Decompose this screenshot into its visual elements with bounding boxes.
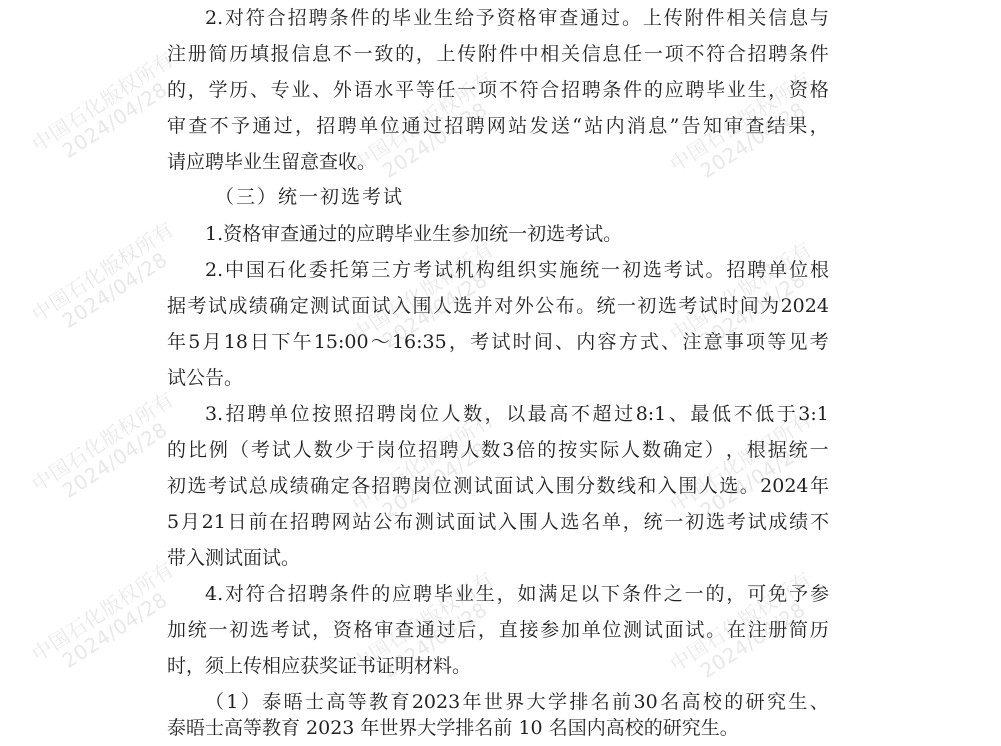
exam-item-3-line-5: 带入测试面试。 (167, 546, 300, 570)
watermark: 中国石化版权所有2024/04/28 (28, 218, 190, 344)
exam-item-3-line-1: 3.招聘单位按照招聘岗位人数，以最高不超过8:1、最低不低于3:1 (205, 402, 829, 426)
watermark: 中国石化版权所有2024/04/28 (28, 48, 190, 174)
exam-item-4-line-1: 4.对符合招聘条件的应聘毕业生，如满足以下条件之一的，可免予参 (205, 582, 829, 606)
exam-item-3-line-4: 5月21日前在招聘网站公布测试面试入围人选名单，统一初选考试成绩不 (167, 510, 829, 534)
exam-item-3-line-3: 初选考试总成绩确定各招聘岗位测试面试入围分数线和入围人选。2024年 (167, 474, 829, 498)
paragraph-2-line-5: 请应聘毕业生留意查收。 (167, 150, 376, 174)
watermark: 中国石化版权所有2024/04/28 (28, 388, 190, 514)
paragraph-2-line-2: 注册简历填报信息不一致的，上传附件中相关信息任一项不符合招聘条件 (167, 42, 829, 66)
document-page: 2.对符合招聘条件的毕业生给予资格审查通过。上传附件相关信息与 注册简历填报信息… (0, 0, 1001, 746)
paragraph-2-line-4: 审查不予通过，招聘单位通过招聘网站发送“站内消息”告知审查结果， (167, 114, 829, 138)
exam-item-3-line-2: 的比例（考试人数少于岗位招聘人数3倍的按实际人数确定），根据统一 (167, 438, 829, 462)
watermark: 中国石化版权所有2024/04/28 (28, 558, 190, 684)
exam-item-2-line-2: 据考试成绩确定测试面试入围人选并对外公布。统一初选考试时间为2024 (167, 294, 829, 318)
exam-item-2-line-3: 年5月18日下午15:00～16:35，考试时间、内容方式、注意事项等见考 (167, 330, 829, 354)
paragraph-2-line-3: 的，学历、专业、外语水平等任一项不符合招聘条件的应聘毕业生，资格 (167, 78, 829, 102)
exemption-item-1-line-1: （1）泰晤士高等教育2023年世界大学排名前30名高校的研究生、 (205, 690, 829, 714)
exam-item-4-line-3: 时，须上传相应获奖证书证明材料。 (167, 654, 471, 678)
exam-item-4-line-2: 加统一初选考试，资格审查通过后，直接参加单位测试面试。在注册简历 (167, 618, 829, 642)
watermark: 中国石化版权所有2024/04/28 (28, 0, 190, 6)
exam-item-2-line-4: 试公告。 (167, 366, 243, 390)
exam-item-1: 1.资格审查通过的应聘毕业生参加统一初选考试。 (205, 222, 622, 246)
paragraph-2-line-1: 2.对符合招聘条件的毕业生给予资格审查通过。上传附件相关信息与 (205, 6, 829, 30)
exam-item-2-line-1: 2.中国石化委托第三方考试机构组织实施统一初选考试。招聘单位根 (205, 258, 829, 282)
section-heading-3: （三）统一初选考试 (215, 185, 404, 209)
exemption-item-1-line-2: 泰晤士高等教育 2023 年世界大学排名前 10 名国内高校的研究生。 (167, 716, 739, 740)
